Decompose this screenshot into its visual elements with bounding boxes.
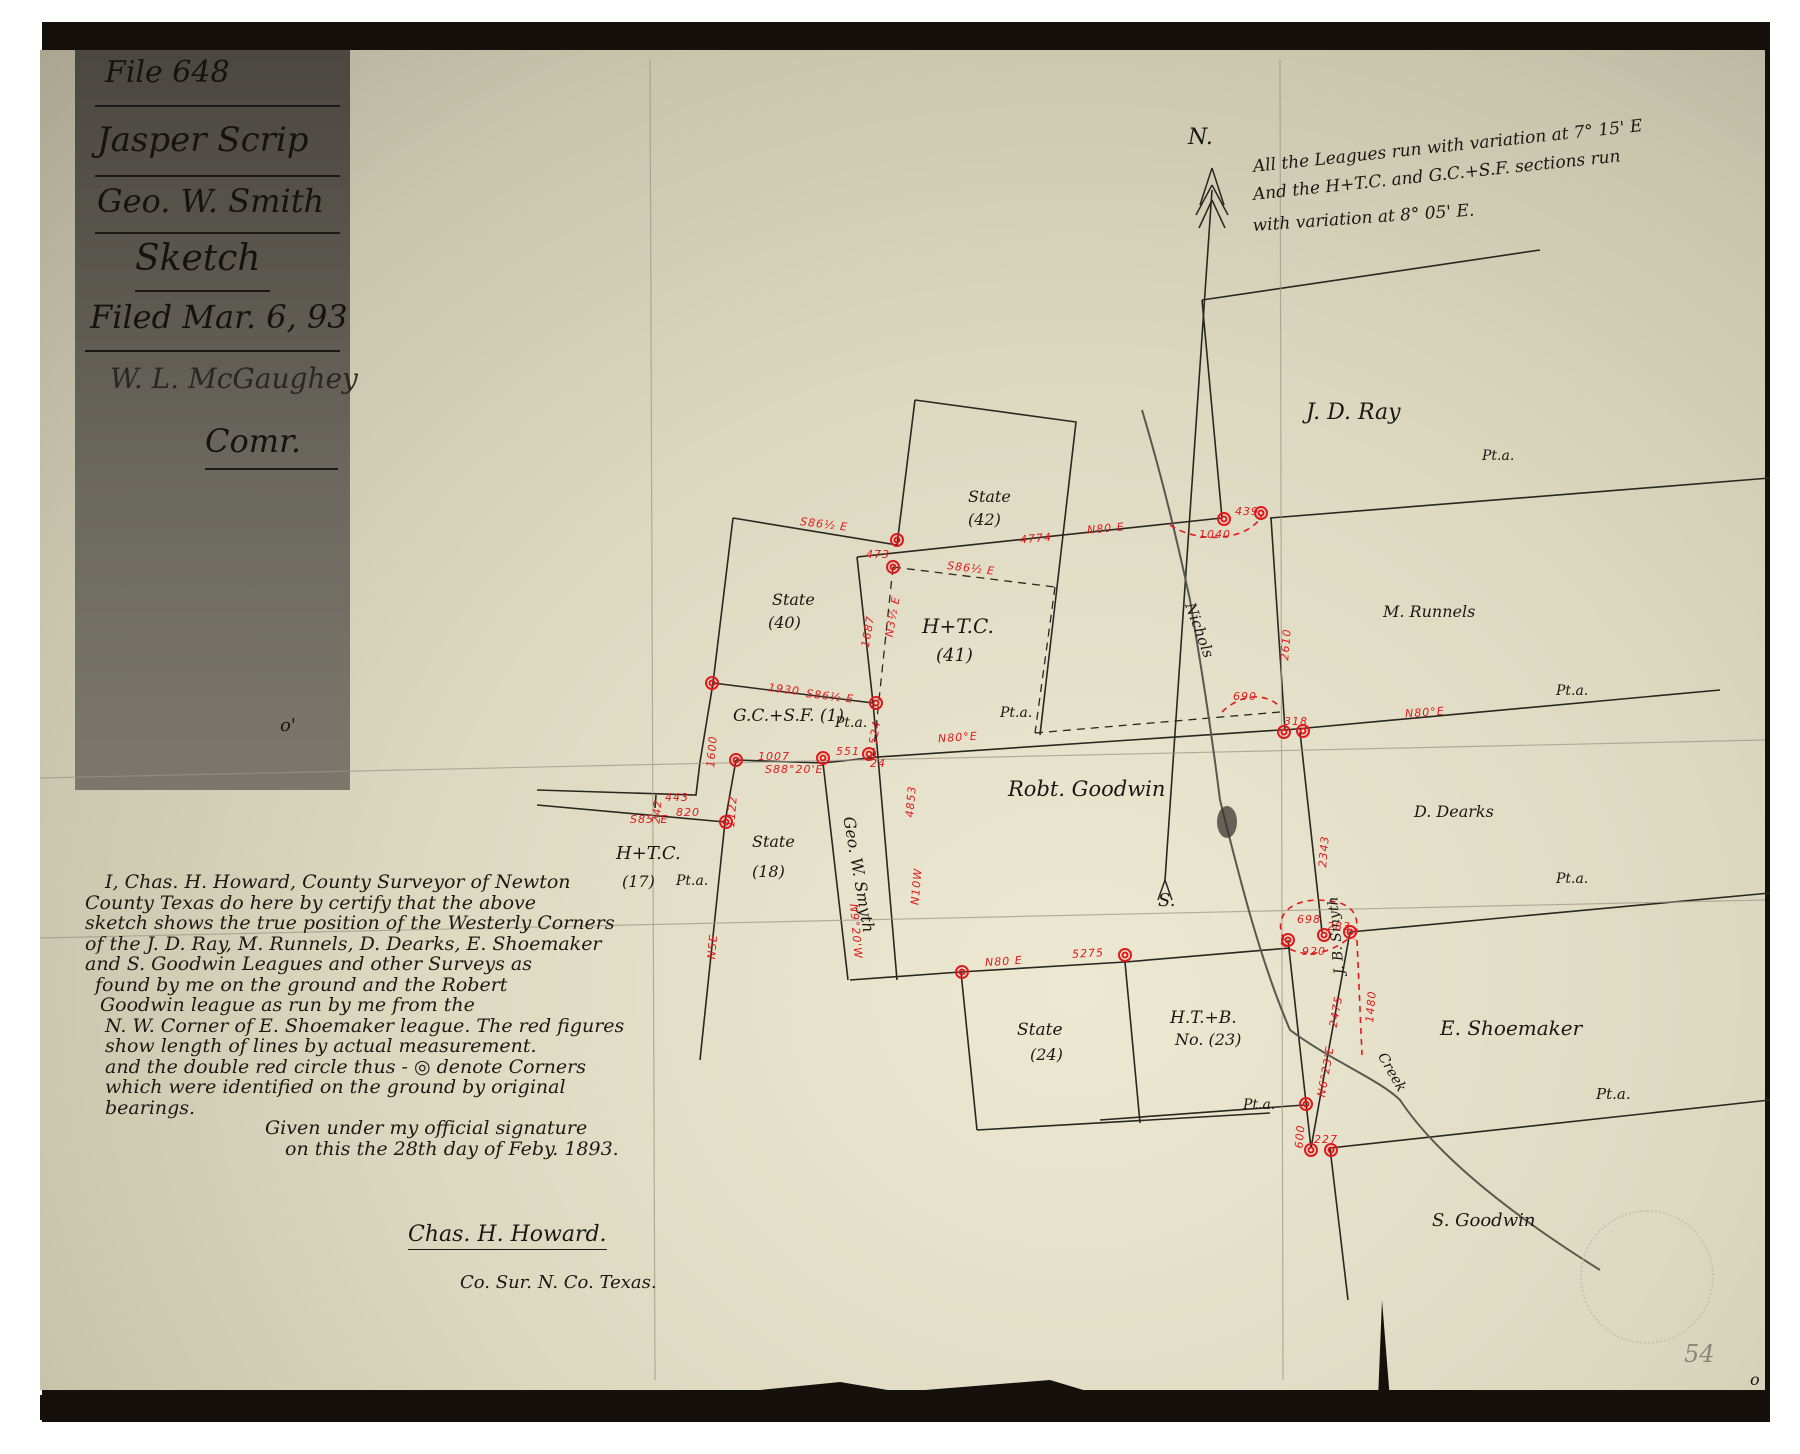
pta-label: Pt.a. bbox=[1482, 448, 1514, 464]
map-photograph: File 648 Jasper Scrip Geo. W. Smith Sket… bbox=[0, 0, 1800, 1454]
page-number: 54 bbox=[1684, 1340, 1715, 1368]
surveyor-certificate: I, Chas. H. Howard, County Surveyor of N… bbox=[85, 872, 765, 1159]
certificate-line: of the J. D. Ray, M. Runnels, D. Dearks,… bbox=[85, 934, 765, 955]
measure-283: 283 bbox=[1327, 920, 1351, 933]
measure-4853: 4853 bbox=[903, 785, 919, 818]
survey-state-42-number: (42) bbox=[968, 510, 1001, 529]
south-label: S. bbox=[1158, 890, 1175, 911]
measure-n80e-mid: N80°E bbox=[938, 730, 978, 746]
survey-jd-ray: J. D. Ray bbox=[1306, 400, 1401, 425]
certificate-line: found by me on the ground and the Robert bbox=[85, 975, 765, 996]
survey-htb-23: H.T.+B. bbox=[1170, 1008, 1237, 1028]
survey-gcsf-1: G.C.+S.F. (1) bbox=[733, 706, 844, 726]
measure-551: 551 bbox=[836, 745, 860, 758]
measure-600: 600 bbox=[1292, 1124, 1307, 1149]
measure-s85e: S85°E bbox=[630, 813, 668, 826]
survey-d-dearks: D. Dearks bbox=[1414, 802, 1494, 821]
certificate-line: and S. Goodwin Leagues and other Surveys… bbox=[85, 954, 765, 975]
measure-1480: 1480 bbox=[1363, 990, 1379, 1023]
survey-state-40-number: (40) bbox=[768, 613, 801, 632]
measure-5275: 5275 bbox=[1072, 946, 1105, 961]
measure-2343: 2343 bbox=[1316, 835, 1332, 868]
survey-e-shoemaker: E. Shoemaker bbox=[1440, 1016, 1582, 1040]
pta-label: Pt.a. bbox=[1556, 871, 1588, 887]
certificate-line: show length of lines by actual measureme… bbox=[85, 1036, 765, 1057]
measure-920: 920 bbox=[1302, 945, 1326, 958]
survey-s-goodwin: S. Goodwin bbox=[1432, 1210, 1535, 1231]
corner-mark-bottom: o bbox=[1750, 1370, 1760, 1389]
surveyor-signature: Chas. H. Howard. bbox=[408, 1222, 607, 1250]
certificate-line: which were identified on the ground by o… bbox=[85, 1077, 765, 1098]
measure-s88: S88°20'E bbox=[765, 763, 823, 776]
given-line: Given under my official signature bbox=[85, 1118, 765, 1139]
measure-318: 318 bbox=[1284, 715, 1308, 728]
measure-473: 473 bbox=[866, 548, 890, 561]
certificate-line: bearings. bbox=[85, 1098, 765, 1119]
measure-1600: 1600 bbox=[704, 735, 720, 768]
north-label: N. bbox=[1188, 125, 1213, 150]
measure-n80e-low: N80 E bbox=[985, 954, 1024, 970]
measure-4774: 4774 bbox=[1019, 531, 1052, 547]
measure-227: 227 bbox=[1314, 1133, 1338, 1146]
pta-label: Pt.a. bbox=[1243, 1097, 1275, 1113]
given-line: on this the 28th day of Feby. 1893. bbox=[85, 1139, 765, 1160]
measure-690: 690 bbox=[1233, 690, 1257, 703]
survey-htc-41-number: (41) bbox=[936, 645, 973, 666]
pta-label: Pt.a. bbox=[1000, 705, 1032, 721]
measure-1040: 1040 bbox=[1199, 528, 1231, 541]
measure-1007: 1007 bbox=[758, 750, 790, 763]
measure-2610: 2610 bbox=[1278, 628, 1294, 661]
measure-439: 439 bbox=[1235, 505, 1259, 518]
certificate-line: sketch shows the true position of the We… bbox=[85, 913, 765, 934]
embossed-seal bbox=[1580, 1210, 1714, 1344]
survey-robt-goodwin: Robt. Goodwin bbox=[1008, 777, 1165, 801]
survey-state-18: State bbox=[752, 832, 795, 851]
certificate-line: I, Chas. H. Howard, County Surveyor of N… bbox=[85, 872, 765, 893]
survey-lines bbox=[0, 0, 1800, 1454]
certificate-line: N. W. Corner of E. Shoemaker league. The… bbox=[85, 1016, 765, 1037]
survey-htc-17: H+T.C. bbox=[616, 843, 681, 864]
pta-label: Pt.a. bbox=[1596, 1085, 1631, 1103]
measure-1122: 1122 bbox=[724, 795, 740, 828]
surveyor-title: Co. Sur. N. Co. Texas. bbox=[460, 1272, 657, 1293]
survey-htc-41: H+T.C. bbox=[922, 614, 994, 638]
survey-gcsf-1-pta: Pt.a. bbox=[835, 715, 867, 731]
measure-443: 443 bbox=[665, 791, 689, 804]
survey-state-40: State bbox=[772, 590, 815, 609]
certificate-line: County Texas do here by certify that the… bbox=[85, 893, 765, 914]
certificate-line: Goodwin league as run by me from the bbox=[85, 995, 765, 1016]
measure-n80e-right: N80°E bbox=[1405, 705, 1445, 721]
measure-698: 698 bbox=[1297, 913, 1321, 926]
certificate-line: and the double red circle thus - ◎ denot… bbox=[85, 1057, 765, 1078]
survey-state-24-number: (24) bbox=[1030, 1045, 1063, 1064]
survey-state-24: State bbox=[1017, 1020, 1063, 1040]
measure-820: 820 bbox=[676, 806, 700, 819]
survey-state-42: State bbox=[968, 487, 1011, 506]
measure-24: 24 bbox=[870, 757, 886, 770]
survey-htb-23-number: No. (23) bbox=[1175, 1030, 1241, 1049]
pta-label: Pt.a. bbox=[1556, 683, 1588, 699]
survey-m-runnels: M. Runnels bbox=[1383, 602, 1475, 621]
